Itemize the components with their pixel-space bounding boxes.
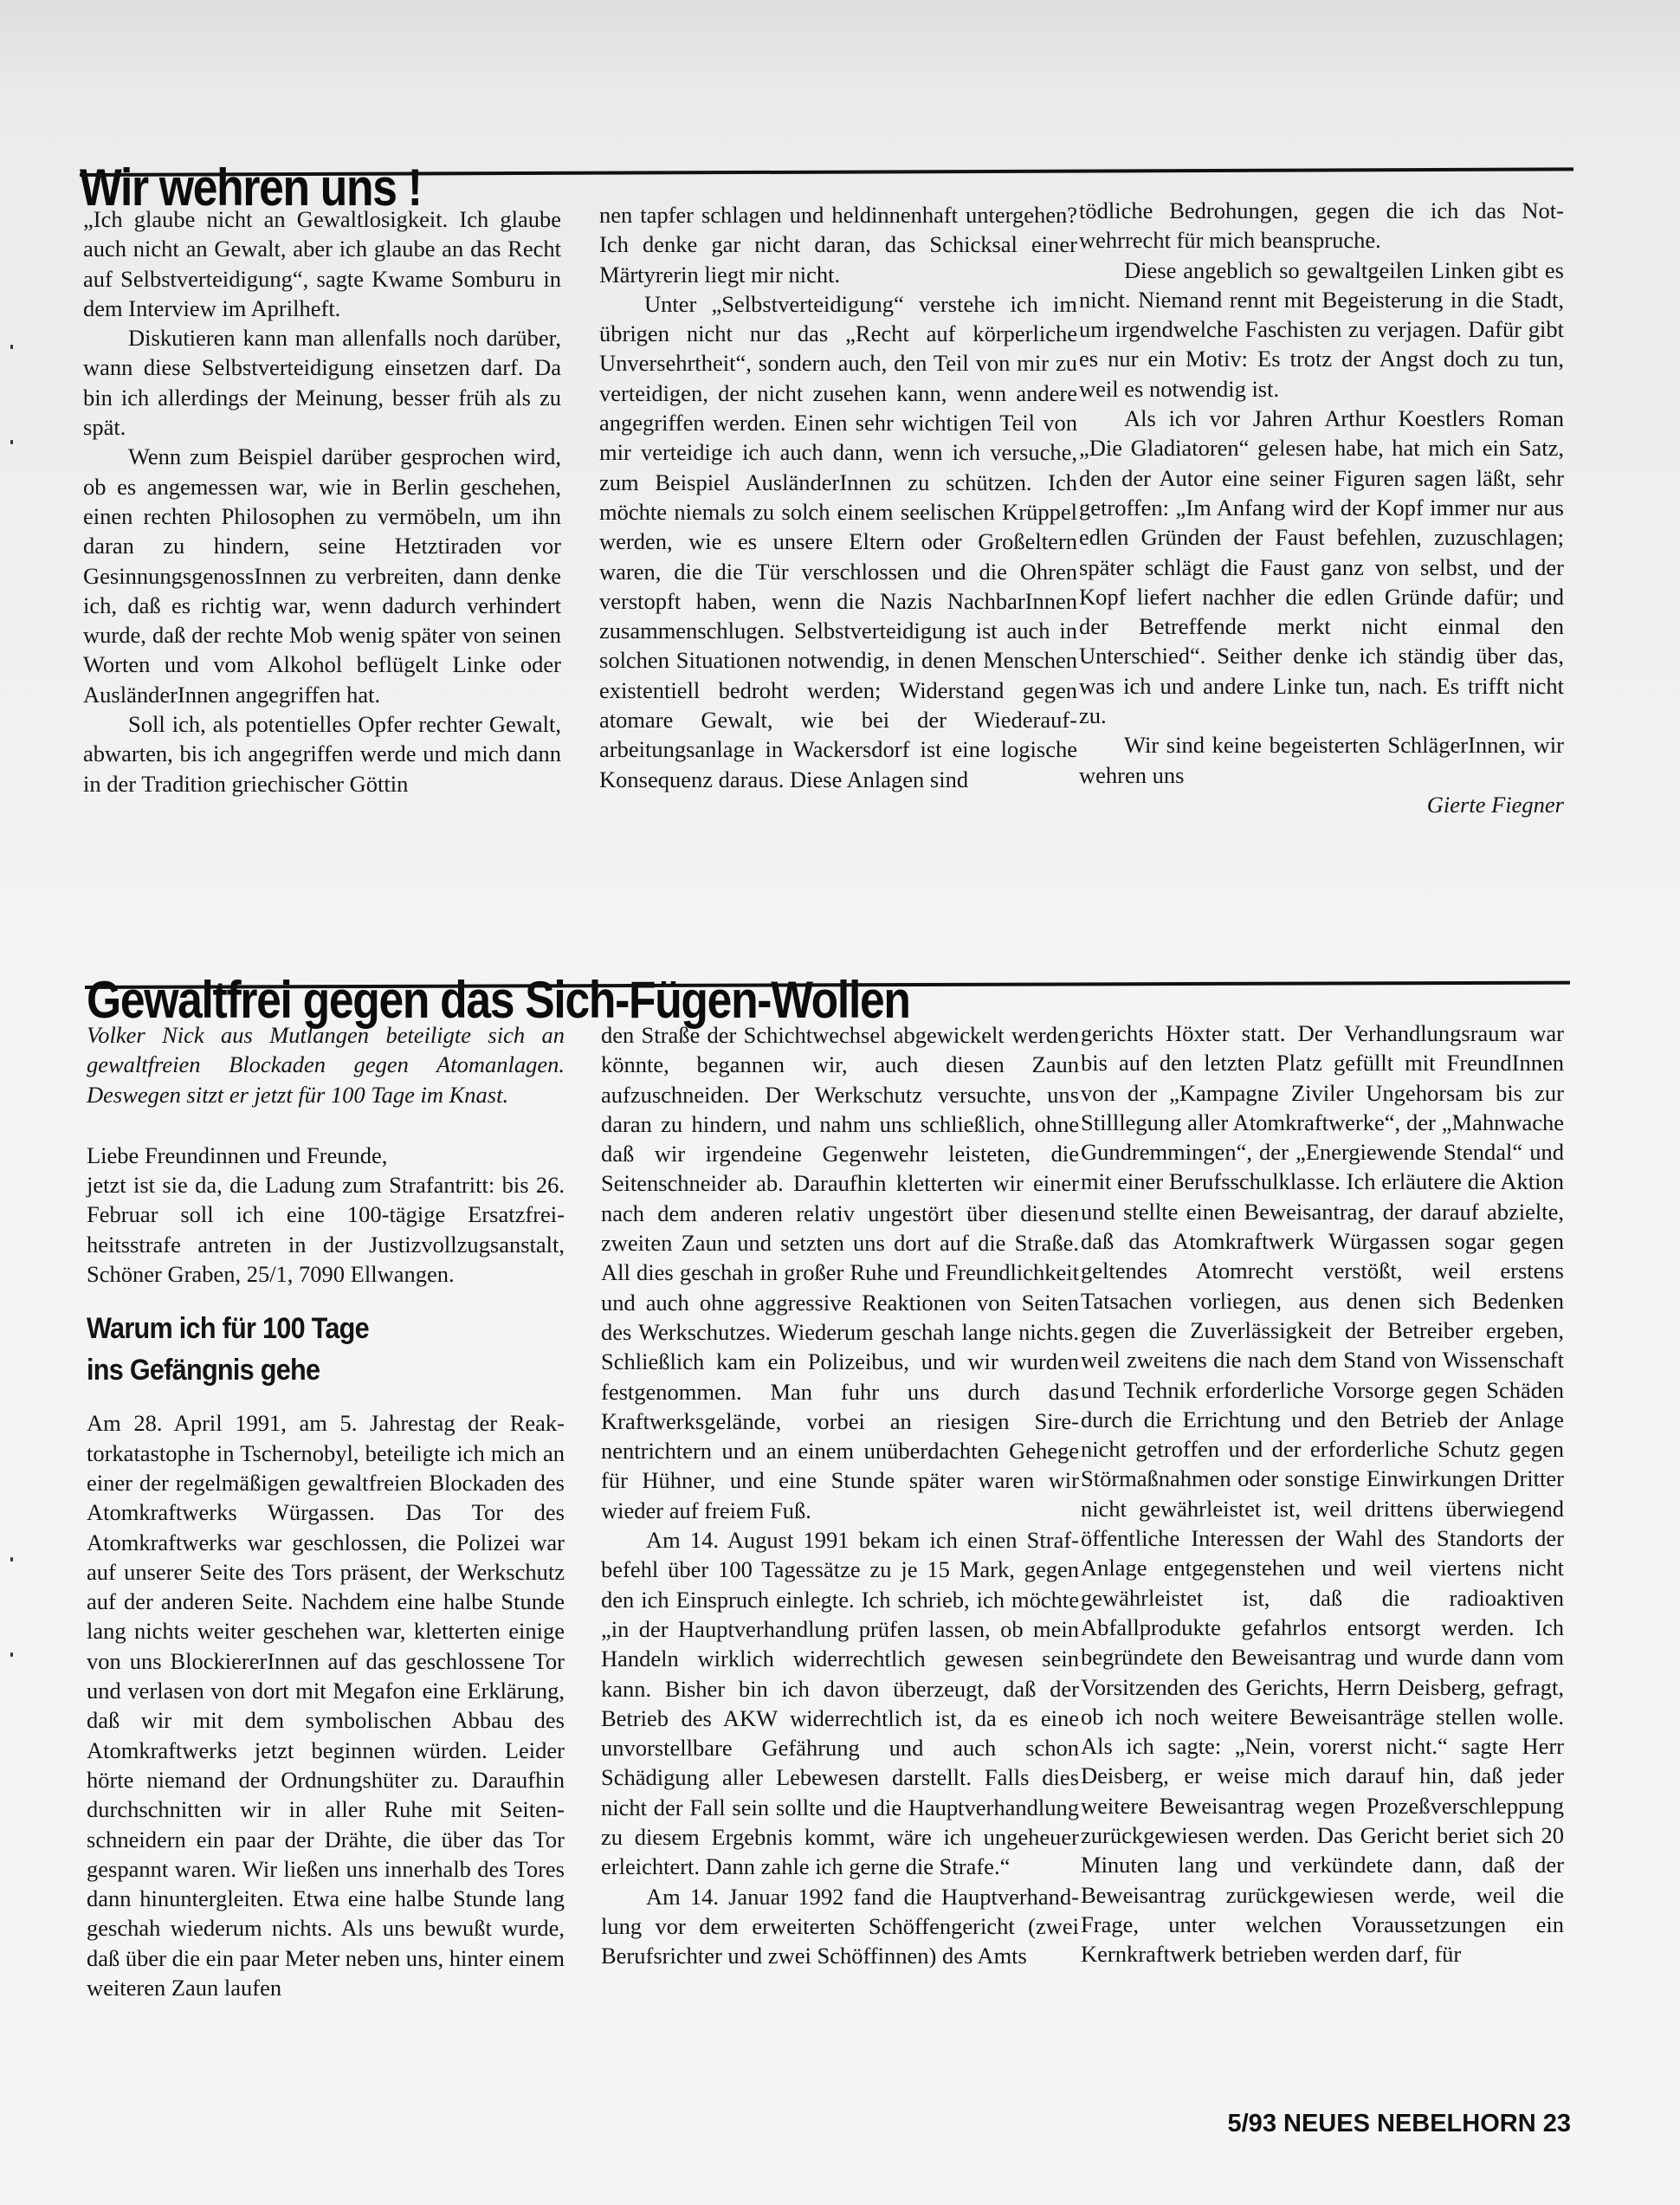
scan-speck: [10, 345, 13, 349]
article2-column-3: gerichts Höxter statt. Der Verhandlungsr…: [1081, 1018, 1564, 1969]
article1-column-3: tödliche Bedrohungen, gegen die ich das …: [1079, 196, 1564, 819]
paragraph: nen tapfer schlagen und heldinnenhaft un…: [599, 200, 1077, 289]
article1-column-1: „Ich glaube nicht an Gewaltlosigkeit. Ic…: [83, 204, 561, 799]
page-number: 23: [1543, 2110, 1571, 2137]
paragraph: Am 14. August 1991 bekam ich einen Straf…: [601, 1525, 1079, 1882]
subheading-line: ins Gefängnis gehe: [87, 1349, 517, 1391]
paragraph: Am 28. April 1991, am 5. Jahrestag der R…: [87, 1408, 565, 2002]
paragraph: Wenn zum Beispiel darüber gesprochen wir…: [83, 442, 561, 709]
publication-name: NEUES NEBELHORN: [1283, 2110, 1536, 2137]
page-footer: 5/93 NEUES NEBELHORN 23: [1228, 2110, 1572, 2138]
article2-lead: Volker Nick aus Mutlangen beteiligte sic…: [87, 1020, 565, 1109]
paragraph: jetzt ist sie da, die Ladung zum Strafan…: [87, 1170, 565, 1289]
paragraph: Am 14. Januar 1992 fand die Hauptverhand…: [601, 1882, 1079, 1971]
magazine-page: Wir wehren uns ! „Ich glaube nicht an Ge…: [0, 0, 1680, 2205]
paragraph: Diskutieren kann man allenfalls noch dar…: [83, 323, 561, 442]
scan-speck: [10, 1652, 13, 1657]
paragraph: Diese angeblich so gewaltgeilen Linken g…: [1079, 255, 1564, 404]
spacer: [87, 1109, 565, 1141]
paragraph: den Straße der Schichtwechsel abgewickel…: [601, 1020, 1079, 1525]
scan-speck: [10, 440, 13, 444]
paragraph: Wir sind keine begeisterten SchlägerInne…: [1079, 730, 1564, 790]
article1-column-2: nen tapfer schlagen und heldinnenhaft un…: [599, 200, 1077, 794]
article2-column-1: Volker Nick aus Mutlangen beteiligte sic…: [87, 1020, 565, 2002]
scan-speck: [10, 1557, 13, 1562]
salutation: Liebe Freundinnen und Freunde,: [87, 1141, 565, 1170]
paragraph: „Ich glaube nicht an Gewaltlosigkeit. Ic…: [83, 204, 561, 323]
paragraph: tödliche Bedrohungen, gegen die ich das …: [1079, 196, 1564, 255]
paragraph: Als ich vor Jahren Arthur Koestlers Roma…: [1079, 404, 1564, 730]
issue-number: 5/93: [1228, 2110, 1276, 2137]
subheading-line: Warum ich für 100 Tage: [87, 1308, 517, 1349]
paragraph: gerichts Höxter statt. Der Verhandlungsr…: [1081, 1018, 1564, 1969]
paragraph: Soll ich, als potentielles Opfer rechter…: [83, 709, 561, 799]
article1-author: Gierte Fiegner: [1079, 790, 1564, 819]
paragraph: Unter „Selbstverteidigung“ verstehe ich …: [599, 289, 1077, 794]
article2-subheading: Warum ich für 100 Tage ins Gefängnis geh…: [87, 1308, 517, 1391]
article2-column-2: den Straße der Schichtwechsel abgewickel…: [601, 1020, 1079, 1971]
